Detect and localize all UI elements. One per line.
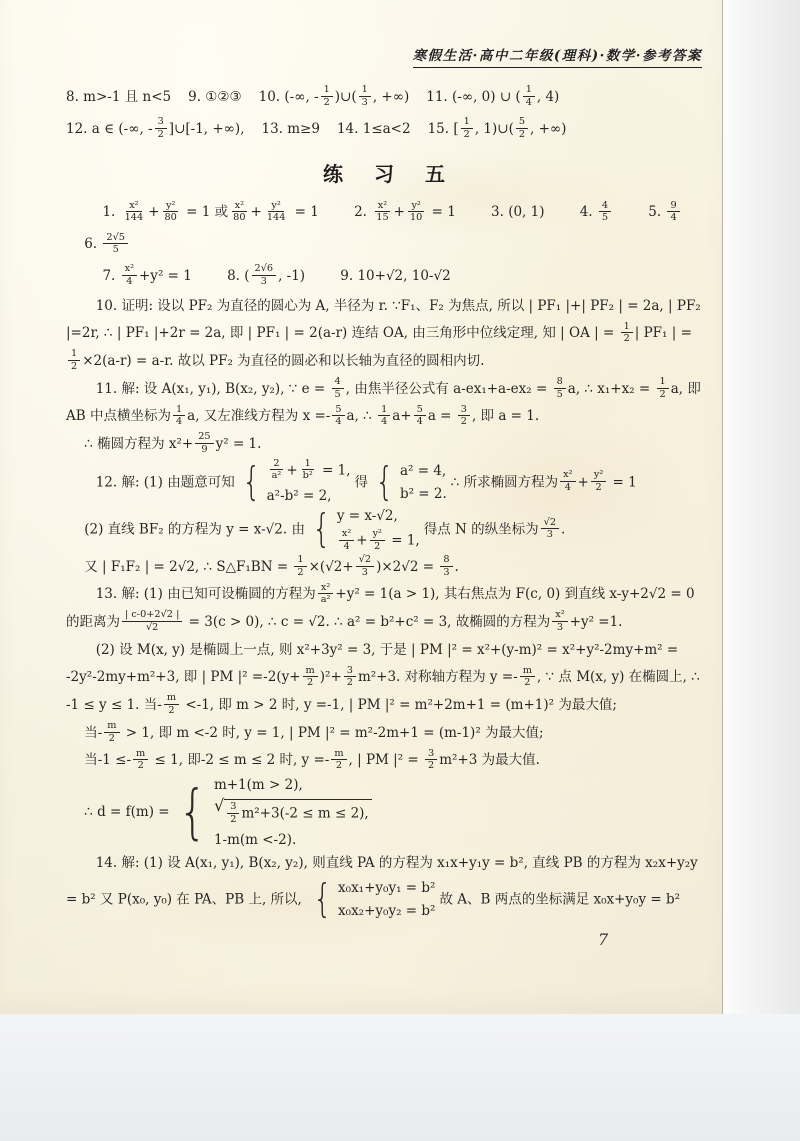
fraction: 1b² [300, 458, 316, 482]
fraction-denominator: 2 [521, 677, 533, 689]
fraction-denominator: 3 [258, 276, 270, 288]
fraction: 85 [554, 376, 566, 400]
fraction: x²80 [230, 200, 248, 224]
fraction-denominator: 3 [359, 567, 371, 579]
fraction: x²a² [318, 582, 334, 606]
fraction: m2 [520, 665, 535, 689]
fraction-denominator: 4 [123, 276, 135, 288]
fraction-numerator: m [133, 748, 148, 761]
fraction-numerator: 2√6 [252, 263, 277, 276]
fraction: 2√55 [103, 232, 128, 256]
fraction-denominator: 2 [135, 760, 147, 772]
fraction: 32 [155, 116, 167, 140]
cases-block: {m+1(m > 2),√32m²+3(-2 ≤ m ≤ 2),1-m(m <-… [174, 775, 372, 850]
fraction-numerator: 4 [599, 200, 611, 213]
fraction: m2 [303, 665, 318, 689]
fraction-denominator: 2 [425, 760, 437, 772]
answer-item: 4. 45 [562, 197, 614, 229]
fraction: 83 [440, 554, 452, 578]
fraction-denominator: 10 [407, 212, 425, 224]
fraction: y²10 [407, 200, 425, 224]
fraction-numerator: 5 [516, 116, 528, 129]
fraction: 14 [173, 404, 185, 428]
paragraph: 14. 解: (1) 设 A(x₁, y₁), B(x₂, y₂), 则直线 P… [66, 850, 702, 921]
fraction-numerator: y² [268, 200, 283, 213]
fraction-denominator: 2 [294, 567, 306, 579]
fraction-denominator: 2 [106, 733, 118, 745]
fraction: 12 [321, 84, 333, 108]
fraction-denominator: 4 [523, 97, 535, 109]
fraction-numerator: 1 [523, 84, 535, 97]
paragraph: 11. 解: 设 A(x₁, y₁), B(x₂, y₂), ∵ e = 45,… [66, 376, 702, 431]
fraction-denominator: 3 [544, 529, 556, 541]
fraction-denominator: 2 [516, 129, 528, 141]
fraction-denominator: 80 [161, 212, 179, 224]
fraction: 12 [621, 321, 633, 345]
fraction-numerator: 8 [554, 376, 566, 389]
fraction-numerator: y² [370, 528, 385, 541]
answer-row: 7. x²4+y² = 18. (2√63, -1)9. 10+√2, 10-√… [66, 261, 702, 293]
scan-background-right [723, 0, 800, 1014]
fraction-numerator: y² [163, 200, 178, 213]
fraction-denominator: 3 [440, 567, 452, 579]
fraction-numerator: x² [560, 469, 575, 482]
cases-lines: m+1(m > 2),√32m²+3(-2 ≤ m ≤ 2),1-m(m <-2… [214, 775, 372, 850]
fraction-denominator: 5 [554, 389, 566, 401]
fraction-denominator: 4 [173, 416, 185, 428]
fraction-denominator: 144 [122, 212, 147, 224]
fraction-numerator: 3 [425, 748, 437, 761]
fraction-numerator: 1 [294, 554, 306, 567]
fraction: x²3 [552, 609, 567, 633]
fraction: y²2 [370, 528, 385, 552]
answer-row: 12. a ∈ (-∞, -32]∪[-1, +∞),13. m≥914. 1≤… [66, 114, 702, 146]
fraction-denominator: 3 [359, 97, 371, 109]
answer-item: 9. 10+√2, 10-√2 [322, 261, 451, 293]
cases-lines: 2a²+1b² = 1,a²-b² = 2, [267, 459, 351, 507]
answer-row: 1. x²144+y²80 = 1 或x²80+y²144 = 12. x²15… [66, 197, 702, 260]
fraction-numerator: m [303, 665, 318, 678]
fraction: 2√63 [252, 263, 277, 287]
fraction: y²2 [591, 469, 606, 493]
scan-background-bottom [0, 1014, 800, 1141]
answer-item: 9. ①②③ [188, 82, 241, 114]
fraction: 12 [461, 116, 473, 140]
fraction-denominator: 4 [562, 482, 574, 494]
paragraph: 又 | F₁F₂ | = 2√2, ∴ S△F₁BN = 12×(√2+√23)… [66, 554, 702, 582]
fraction: x²15 [373, 200, 391, 224]
fraction-numerator: 3 [155, 116, 167, 129]
cases-line: x²4+y²2 = 1, [337, 529, 420, 553]
fraction: 12 [68, 348, 80, 372]
fraction: 54 [332, 404, 344, 428]
fraction-denominator: 5 [599, 212, 611, 224]
fraction-numerator: x² [122, 263, 137, 276]
fraction-denominator: 144 [264, 212, 289, 224]
fraction-denominator: 2 [461, 129, 473, 141]
left-brace-icon: { [178, 786, 206, 839]
fraction: √23 [541, 517, 559, 541]
paragraph: ∴ 椭圆方程为 x²+259y² = 1. [66, 431, 702, 459]
fraction: 12 [294, 554, 306, 578]
fraction-numerator: 3 [344, 665, 356, 678]
fraction-numerator: 1 [173, 404, 185, 417]
fraction: 14 [378, 404, 390, 428]
paragraph: 10. 证明: 设以 PF₂ 为直径的圆心为 A, 半径为 r. ∵F₁、F₂ … [66, 293, 702, 376]
radical-sign-icon: √ [214, 798, 224, 814]
fraction: y²80 [161, 200, 179, 224]
fraction-denominator: 2 [68, 361, 80, 373]
fraction: 32 [344, 665, 356, 689]
left-brace-icon: { [312, 512, 331, 547]
fraction-numerator: 25 [195, 431, 213, 444]
fraction-denominator: 5 [332, 389, 344, 401]
answer-item: 14. 1≤a<2 [337, 114, 411, 146]
fraction-numerator: m [104, 720, 119, 733]
fraction-numerator: 9 [667, 200, 679, 213]
fraction-denominator: 4 [340, 541, 352, 553]
fraction-numerator: y² [591, 469, 606, 482]
fraction-numerator: 1 [621, 321, 633, 334]
fraction: 13 [359, 84, 371, 108]
answer-item: 12. a ∈ (-∞, -32]∪[-1, +∞), [66, 114, 245, 146]
fraction: m2 [164, 692, 179, 716]
fraction-denominator: 2 [592, 482, 604, 494]
cases-block: {2a²+1b² = 1,a²-b² = 2, [239, 459, 351, 507]
fraction-denominator: 9 [198, 444, 210, 456]
fraction-numerator: 1 [359, 84, 371, 97]
fraction-numerator: 5 [414, 404, 426, 417]
fraction-numerator: 1 [378, 404, 390, 417]
fraction-numerator: 5 [332, 404, 344, 417]
cases-line: y = x-√2, [337, 506, 420, 526]
paragraph: 13. 解: (1) 由已知可设椭圆的方程为x²a²+y² = 1(a > 1)… [66, 581, 702, 636]
fraction-numerator: m [164, 692, 179, 705]
answer-item: 8. m>-1 且 n<5 [66, 82, 171, 114]
fraction-denominator: b² [300, 470, 316, 482]
answer-item: 13. m≥9 [262, 114, 320, 146]
fraction-numerator: x² [339, 528, 354, 541]
fraction-denominator: 2 [227, 814, 239, 826]
fraction-numerator: √2 [356, 554, 374, 567]
running-header-text: 寒假生活·高中二年级(理科)·数学·参考答案 [413, 48, 702, 68]
cases-line: √32m²+3(-2 ≤ m ≤ 2), [214, 798, 372, 826]
fraction-numerator: x² [318, 582, 333, 595]
answer-item: 5. 94 [630, 197, 682, 229]
fraction-denominator: 2 [371, 541, 383, 553]
answer-item: 11. (-∞, 0) ∪ (14, 4) [426, 82, 559, 114]
fraction: 32 [227, 801, 239, 825]
fraction: 54 [414, 404, 426, 428]
fraction-numerator: 3 [458, 404, 470, 417]
fraction: x²4 [339, 528, 354, 552]
fraction: 14 [523, 84, 535, 108]
left-brace-icon: { [242, 465, 261, 500]
fraction: x²4 [560, 469, 575, 493]
answer-item: 7. x²4+y² = 1 [84, 261, 192, 293]
paragraph: 当-1 ≤-m2 ≤ 1, 即-2 ≤ m ≤ 2 时, y =-m2, | P… [66, 747, 702, 775]
fraction: 45 [599, 200, 611, 224]
fraction-numerator: | c-0+2√2 | [122, 609, 182, 622]
fraction-numerator: 1 [302, 458, 314, 471]
fraction-numerator: m [520, 665, 535, 678]
fraction-numerator: y² [408, 200, 423, 213]
fraction-numerator: 2√5 [103, 232, 128, 245]
answer-row: 8. m>-1 且 n<59. ①②③10. (-∞, -12)∪(13, +∞… [66, 82, 702, 114]
cases-lines: y = x-√2,x²4+y²2 = 1, [337, 506, 420, 554]
cases-block: {x₀x₁+y₀y₁ = b²x₀x₂+y₀y₂ = b² [310, 878, 435, 922]
fraction-denominator: 2 [621, 333, 633, 345]
fraction-numerator: 1 [461, 116, 473, 129]
cases-line: x₀x₁+y₀y₁ = b² [338, 878, 435, 898]
fraction: | c-0+2√2 |√2 [122, 609, 182, 633]
fraction: 32 [458, 404, 470, 428]
fraction-numerator: 4 [332, 376, 344, 389]
cases-line: a² = 4, [400, 461, 447, 481]
fraction: x²4 [122, 263, 137, 287]
fraction-numerator: 1 [68, 348, 80, 361]
fraction-denominator: 4 [332, 416, 344, 428]
answer-item: 8. (2√63, -1) [209, 261, 305, 293]
fraction-denominator: 2 [344, 677, 356, 689]
fraction-numerator: m [331, 748, 346, 761]
radicand: 32m²+3(-2 ≤ m ≤ 2), [224, 799, 371, 826]
fraction-numerator: 2 [270, 458, 282, 471]
fraction: √23 [356, 554, 374, 578]
cases-line: x₀x₂+y₀y₂ = b² [338, 901, 435, 921]
fraction-denominator: 2 [165, 705, 177, 717]
fraction: 94 [667, 200, 679, 224]
square-root: √32m²+3(-2 ≤ m ≤ 2), [214, 799, 372, 826]
fraction-denominator: 2 [657, 389, 669, 401]
answer-item: 10. (-∞, -12)∪(13, +∞) [259, 82, 410, 114]
answer-item: 15. [12, 1)∪(52, +∞) [428, 114, 567, 146]
fraction: m2 [104, 720, 119, 744]
document-body: 8. m>-1 且 n<59. ①②③10. (-∞, -12)∪(13, +∞… [66, 82, 702, 921]
fraction: 12 [657, 376, 669, 400]
fraction: y²144 [264, 200, 289, 224]
fraction-denominator: 15 [373, 212, 391, 224]
cases-lines: x₀x₁+y₀y₁ = b²x₀x₂+y₀y₂ = b² [338, 878, 435, 922]
cases-lines: a² = 4,b² = 2. [400, 461, 447, 505]
answer-item: 1. x²144+y²80 = 1 或x²80+y²144 = 1 [84, 197, 319, 229]
fraction: 45 [332, 376, 344, 400]
running-header: 寒假生活·高中二年级(理科)·数学·参考答案 [66, 44, 702, 64]
cases-block: {a² = 4,b² = 2. [372, 461, 447, 505]
fraction-denominator: a² [318, 594, 334, 606]
fraction-numerator: x² [126, 200, 141, 213]
cases-line: m+1(m > 2), [214, 775, 372, 795]
fraction-numerator: √2 [541, 517, 559, 530]
fraction-numerator: 1 [657, 376, 669, 389]
cases-line: a²-b² = 2, [267, 486, 351, 506]
left-brace-icon: { [313, 882, 332, 917]
fraction: x²144 [122, 200, 147, 224]
fraction-denominator: 2 [458, 416, 470, 428]
section-title: 练 习 五 [66, 155, 702, 193]
paragraph: (2) 设 M(x, y) 是椭圆上一点, 则 x²+3y² = 3, 于是 |… [66, 637, 702, 720]
fraction: 259 [195, 431, 213, 455]
paragraph: ∴ d = f(m) ={m+1(m > 2),√32m²+3(-2 ≤ m ≤… [66, 775, 702, 850]
fraction-numerator: x² [232, 200, 247, 213]
fraction: 32 [425, 748, 437, 772]
answer-item: 6. 2√55 [66, 229, 130, 261]
fraction-denominator: a² [269, 470, 285, 482]
fraction-numerator: x² [552, 609, 567, 622]
cases-line: b² = 2. [400, 484, 447, 504]
fraction: m2 [133, 748, 148, 772]
cases-block: {y = x-√2,x²4+y²2 = 1, [309, 506, 420, 554]
page-number: 7 [598, 930, 608, 949]
fraction-numerator: 8 [440, 554, 452, 567]
left-brace-icon: { [375, 465, 394, 500]
fraction-denominator: √2 [143, 622, 161, 634]
fraction-denominator: 4 [414, 416, 426, 428]
fraction-numerator: x² [375, 200, 390, 213]
answer-item: 2. x²15+y²10 = 1 [336, 197, 456, 229]
fraction: 52 [516, 116, 528, 140]
fraction: 2a² [269, 458, 285, 482]
paragraph: 当-m2 > 1, 即 m <-2 时, y = 1, | PM |² = m²… [66, 720, 702, 748]
fraction-denominator: 2 [321, 97, 333, 109]
cases-line: 1-m(m <-2). [214, 830, 372, 850]
paragraph: (2) 直线 BF₂ 的方程为 y = x-√2. 由{y = x-√2,x²4… [66, 506, 702, 554]
paragraph: 12. 解: (1) 由题意可知{2a²+1b² = 1,a²-b² = 2,得… [66, 459, 702, 507]
fraction-denominator: 4 [667, 212, 679, 224]
fraction-denominator: 2 [304, 677, 316, 689]
fraction-numerator: 3 [227, 801, 239, 814]
fraction-numerator: 1 [321, 84, 333, 97]
fraction-denominator: 80 [230, 212, 248, 224]
fraction-denominator: 2 [333, 760, 345, 772]
answer-item: 3. (0, 1) [473, 197, 545, 229]
fraction-denominator: 3 [554, 622, 566, 634]
cases-line: 2a²+1b² = 1, [267, 459, 351, 483]
fraction-denominator: 2 [155, 129, 167, 141]
fraction: m2 [331, 748, 346, 772]
fraction-denominator: 5 [110, 244, 122, 256]
fraction-denominator: 4 [378, 416, 390, 428]
